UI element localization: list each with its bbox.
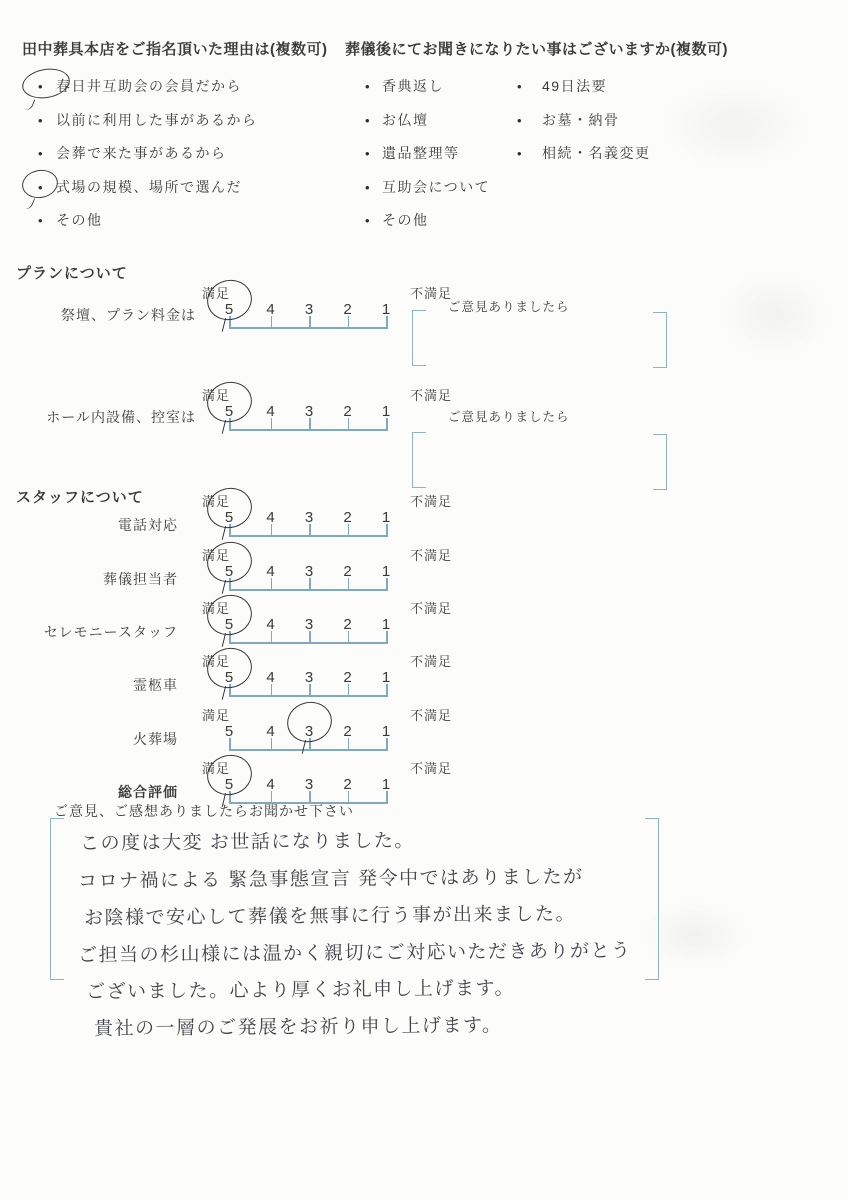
reason-item-label: 会葬で来た事があるから	[56, 145, 227, 161]
after-funeral-item: •相続・名義変更	[517, 143, 651, 163]
bullet-icon: •	[517, 113, 523, 128]
after-funeral-item-label: 香典返し	[382, 78, 444, 94]
plan-row-label: ホール内設備、控室は	[0, 407, 196, 427]
staff-row-label: 電話対応	[0, 515, 178, 535]
bullet-icon: •	[38, 113, 44, 128]
comment-area-bracket-right	[645, 818, 659, 980]
handwritten-comment-line: ご担当の杉山様には温かく親切にご対応いただきありがとう	[78, 936, 632, 968]
scale-label-dissatisfied: 不満足	[410, 598, 452, 617]
after-funeral-item-label: 互助会について	[382, 179, 490, 195]
comment-bracket-left	[412, 310, 426, 366]
scale-line	[229, 589, 388, 591]
handwritten-comment-line: 貴社の一層のご発展をお祈り申し上げます。	[94, 1010, 503, 1041]
bullet-icon: •	[38, 213, 44, 228]
rating-scale: 満足不満足54321	[200, 651, 460, 701]
reason-item: •以前に利用した事があるから	[38, 110, 258, 130]
rating-scale: 満足不満足54321	[200, 705, 460, 755]
rating-scale: 満足不満足54321	[200, 545, 460, 595]
after-funeral-item: •49日法要	[517, 76, 607, 96]
staff-row-label: 総合評価	[0, 782, 178, 802]
bullet-icon: •	[517, 146, 523, 161]
comment-field-label: ご意見ありましたら	[448, 407, 570, 425]
after-funeral-section-title: 葬儀後にてお聞きになりたい事はございますか(複数可)	[345, 38, 728, 59]
scanned-survey-page: 田中葬具本店をご指名頂いた理由は(複数可) 葬儀後にてお聞きになりたい事はござい…	[0, 0, 848, 1200]
handwritten-rating-circle	[283, 697, 336, 747]
staff-row-label: 霊柩車	[0, 675, 178, 695]
comment-bracket-right	[653, 434, 667, 490]
after-funeral-item: •香典返し	[365, 76, 444, 96]
staff-row-label: 葬儀担当者	[0, 569, 178, 589]
bullet-icon: •	[38, 146, 44, 161]
reason-item: •会葬で来た事があるから	[38, 143, 227, 163]
rating-scale: 満足不満足54321	[200, 491, 460, 541]
scale-label-dissatisfied: 不満足	[410, 758, 452, 777]
bullet-icon: •	[517, 79, 523, 94]
rating-scale: 満足不満足54321	[200, 385, 460, 435]
scale-line	[229, 429, 388, 431]
scan-smudge	[660, 80, 810, 170]
bullet-icon: •	[365, 146, 371, 161]
rating-scale: 満足不満足54321	[200, 598, 460, 648]
handwritten-comment-line: ございました。心より厚くお礼申し上げます。	[86, 973, 515, 1004]
comment-bracket-left	[412, 432, 426, 488]
scale-label-satisfied: 満足	[202, 705, 230, 724]
bullet-icon: •	[365, 113, 371, 128]
scale-line	[229, 327, 388, 329]
after-funeral-item-label: 相続・名義変更	[542, 145, 651, 161]
after-funeral-item: •遺品整理等	[365, 143, 460, 163]
scale-line	[229, 749, 388, 751]
scale-line	[229, 695, 388, 697]
comment-bracket-right	[653, 312, 667, 368]
comments-prompt: ご意見、ご感想ありましたらお聞かせ下さい	[54, 801, 354, 821]
handwritten-comment-line: この度は大変 お世話になりました。	[80, 826, 415, 856]
reason-item-label: 式場の規模、場所で選んだ	[56, 179, 242, 195]
staff-section-title: スタッフについて	[16, 486, 144, 507]
reason-item: •その他	[38, 210, 103, 230]
comment-area-bracket-left	[50, 818, 64, 980]
scan-smudge	[720, 270, 830, 360]
scale-label-dissatisfied: 不満足	[410, 385, 452, 404]
after-funeral-item-label: 49日法要	[542, 78, 607, 94]
after-funeral-item-label: お仏壇	[382, 112, 429, 128]
plan-section-title: プランについて	[16, 262, 128, 283]
handwritten-comment-line: コロナ禍による 緊急事態宣言 発令中ではありましたが	[78, 862, 584, 893]
after-funeral-item-label: その他	[382, 212, 429, 228]
after-funeral-item: •互助会について	[365, 177, 490, 197]
after-funeral-item-label: 遺品整理等	[382, 145, 460, 161]
after-funeral-item: •お仏壇	[365, 110, 429, 130]
plan-row-label: 祭壇、プラン料金は	[0, 305, 196, 325]
scale-line	[229, 642, 388, 644]
scale-label-dissatisfied: 不満足	[410, 651, 452, 670]
scale-label-dissatisfied: 不満足	[410, 283, 452, 302]
reason-item: •春日井互助会の会員だから	[38, 76, 242, 96]
after-funeral-item: •その他	[365, 210, 429, 230]
bullet-icon: •	[365, 213, 371, 228]
handwritten-selection-circle	[20, 65, 72, 102]
scale-line	[229, 535, 388, 537]
scale-label-dissatisfied: 不満足	[410, 491, 452, 510]
comment-field-label: ご意見ありましたら	[448, 297, 570, 315]
reason-item-label: その他	[56, 212, 103, 228]
bullet-icon: •	[365, 79, 371, 94]
bullet-icon: •	[365, 180, 371, 195]
reason-item: •式場の規模、場所で選んだ	[38, 177, 242, 197]
reasons-section-title: 田中葬具本店をご指名頂いた理由は(複数可)	[22, 38, 328, 59]
after-funeral-item-label: お墓・納骨	[542, 112, 620, 128]
staff-row-label: セレモニースタッフ	[0, 622, 178, 642]
scale-label-dissatisfied: 不満足	[410, 545, 452, 564]
handwritten-comment-line: お陰様で安心して葬儀を無事に行う事が出来ました。	[84, 899, 576, 930]
scale-label-dissatisfied: 不満足	[410, 705, 452, 724]
handwritten-selection-circle	[20, 167, 60, 201]
after-funeral-item: •お墓・納骨	[517, 110, 620, 130]
staff-row-label: 火葬場	[0, 729, 178, 749]
reason-item-label: 春日井互助会の会員だから	[56, 78, 242, 94]
reason-item-label: 以前に利用した事があるから	[56, 112, 258, 128]
